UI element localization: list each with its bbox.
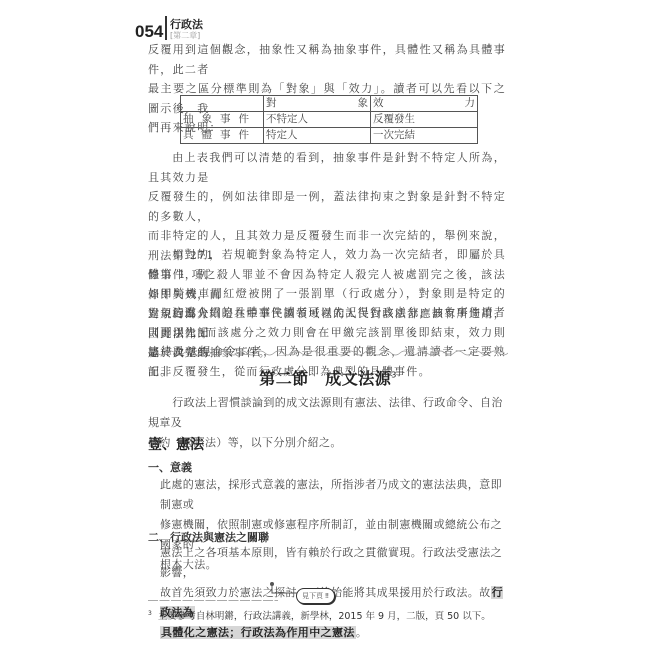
table-cell-label: 抽象事件 [181, 112, 264, 128]
text-line: 憲法上之各項基本原則，皆有賴於行政之貫徹實現。行政法受憲法之影響， [160, 543, 508, 583]
text-line: 反覆發生的，例如法律即是一例，蓋法律拘束之對象是針對不特定的多數人， [148, 187, 506, 226]
see-next-page-callout: 見下頁 ‼ [296, 588, 335, 604]
footnote-number: 3 [148, 610, 152, 617]
text-line: 具體化之憲法；行政法為作用中之憲法。 [160, 623, 508, 643]
text-line: 此處的憲法，採形式意義的憲法，所指涉者乃成文的憲法法典，意即制憲或 [160, 475, 508, 515]
text-line: 相對的，若規範對象為特定人，效力為一次完結者，即屬於具體事件，例 [148, 245, 506, 284]
table-cell-effect: 一次完結 [371, 128, 478, 144]
footnote-text: 主要參考自林明鏘，行政法講義，新學林，2015 年 9 月，二版，頁 50 以下… [158, 611, 491, 622]
table-row: 抽象事件 不特定人 反覆發生 [181, 112, 478, 128]
concept-table: 對象 效力 抽象事件 不特定人 反覆發生 具體事件 特定人 一次完結 [180, 95, 478, 144]
text-line: 由上表我們可以清楚的看到，抽象事件是針對不特定人所為，且其效力是 [148, 148, 506, 187]
table-cell-target: 特定人 [264, 128, 371, 144]
item-heading: 一、意義 [148, 459, 192, 475]
highlighted-text: 具體化之憲法；行政法為作用中之憲法 [160, 626, 356, 639]
table-cell-target: 不特定人 [264, 112, 371, 128]
table-header-row: 對象 效力 [181, 96, 478, 112]
text-line: 行政法上習慣談論到的成文法源則有憲法、法律、行政命令、自治規章及 [148, 393, 508, 433]
subsection-heading: 壹、憲法 [148, 434, 204, 454]
table-header-cell: 效力 [371, 96, 478, 112]
footnote-ref: 3 [391, 371, 397, 380]
footnote-rule [148, 599, 278, 602]
section-title-text: 第二節 成文法源 [259, 369, 391, 388]
table-header-cell [181, 96, 264, 112]
table-cell-effect: 反覆發生 [371, 112, 478, 128]
section-title: 第二節 成文法源3 [148, 366, 508, 389]
page-number: 054 [135, 22, 163, 42]
table-row: 具體事件 特定人 一次完結 [181, 128, 478, 144]
table-header-cell: 對象 [264, 96, 371, 112]
table-cell-label: 具體事件 [181, 128, 264, 144]
wavy-divider [148, 349, 508, 357]
header-divider [165, 16, 167, 40]
text-line: 反覆用到這個觀念，抽象性又稱為抽象事件，具體性又稱為具體事件，此二者 [148, 40, 506, 79]
text-line: 這邊介紹的具體事件讀者可以先記得行政處分，抽象事件讀者則可以先記 [148, 303, 506, 342]
footnote: 3主要參考自林明鏘，行政法講義，新學林，2015 年 9 月，二版，頁 50 以… [148, 608, 508, 622]
text-plain: 。 [356, 626, 367, 639]
